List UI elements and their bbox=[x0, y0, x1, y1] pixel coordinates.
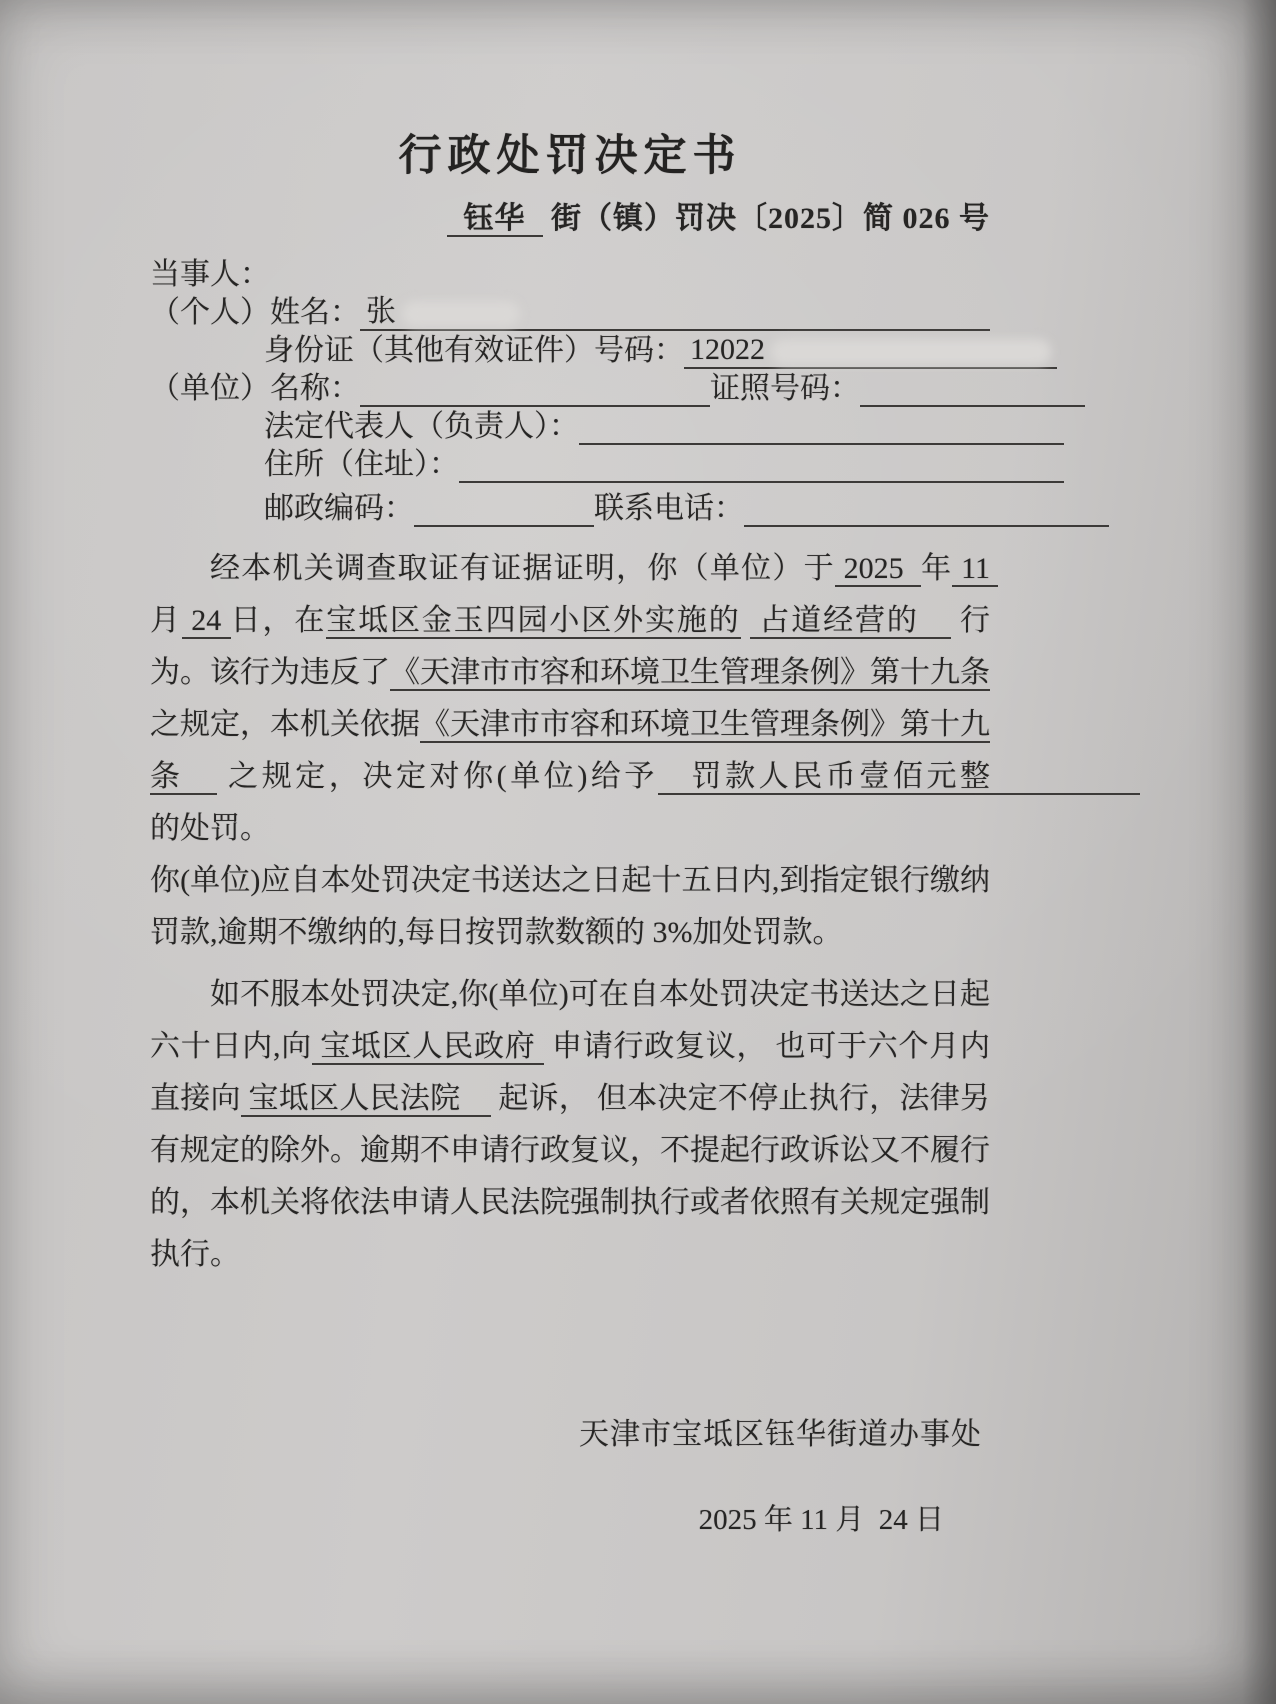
individual-name-value: 张 bbox=[366, 295, 396, 329]
scanned-document-photo: 行政处罚决定书 钰华 街（镇）罚决〔2025〕简 026 号 当事人： （个人）… bbox=[0, 0, 1276, 1704]
text-segment: 之规定，决定对你(单位)给予 bbox=[217, 760, 658, 793]
text-segment: 年 bbox=[921, 552, 952, 585]
issuing-authority: 天津市宝坻区钰华街道办事处 bbox=[150, 1409, 990, 1453]
text-segment: 月 bbox=[150, 604, 182, 637]
filled-blank: 《天津市市容和环境卫生管理条例》第十九条 bbox=[390, 656, 990, 691]
text-segment: 你(单位)应自本处罚决定书送达之日起十五日内,到指定银行缴纳罚款,逾期不缴纳的,… bbox=[150, 864, 990, 949]
body-text: 经本机关调查取证有证据证明，你（单位）于 2025 年 11 月 24 日，在宝… bbox=[150, 543, 990, 1281]
filled-blank: 罚款人民币壹佰元整 bbox=[658, 760, 1140, 795]
document-content: 行政处罚决定书 钰华 街（镇）罚决〔2025〕简 026 号 当事人： （个人）… bbox=[150, 122, 990, 1538]
text-segment bbox=[741, 604, 750, 637]
filled-blank: 宝坻区人民政府 bbox=[312, 1030, 544, 1065]
name-redaction-blur bbox=[402, 301, 520, 327]
body-paragraph: 你(单位)应自本处罚决定书送达之日起十五日内,到指定银行缴纳罚款,逾期不缴纳的,… bbox=[150, 855, 990, 959]
address-row: 住所（住址）： bbox=[150, 445, 1064, 483]
phone-label: 联系电话： bbox=[594, 483, 744, 527]
issue-date: 2025 年 11 月 24 日 bbox=[150, 1497, 990, 1538]
id-number-value: 12022 bbox=[690, 333, 765, 367]
text-segment: 日，在 bbox=[231, 604, 327, 637]
license-number-blank bbox=[860, 373, 1085, 407]
document-number-text: 街（镇）罚决〔2025〕简 026 号 bbox=[543, 202, 991, 235]
body-paragraph: 如不服本处罚决定,你(单位)可在自本处罚决定书送达之日起六十日内,向 宝坻区人民… bbox=[150, 969, 990, 1281]
text-segment: 经本机关调查取证有证据证明，你（单位）于 bbox=[210, 552, 835, 585]
party-section: 当事人： （个人）姓名： 张 身份证（其他有效证件）号码： 12022 （单位）… bbox=[150, 255, 990, 527]
filled-blank: 宝坻区人民法院 bbox=[241, 1082, 491, 1117]
filled-blank: 11 bbox=[952, 552, 997, 587]
filled-blank: 2025 bbox=[835, 552, 921, 587]
filled-blank: 24 bbox=[182, 604, 231, 639]
license-number-label: 证照号码： bbox=[710, 363, 860, 407]
phone-blank bbox=[744, 493, 1109, 527]
text-segment: 的处罚。 bbox=[150, 812, 270, 845]
postcode-phone-row: 邮政编码： 联系电话： bbox=[150, 483, 1109, 527]
filled-blank: 宝坻区金玉四园小区外实施的 bbox=[326, 604, 740, 639]
document-number-office-blank: 钰华 bbox=[447, 202, 543, 237]
postcode-label: 邮政编码： bbox=[264, 483, 414, 527]
filled-blank: 占道经营的 bbox=[750, 604, 951, 639]
document-title: 行政处罚决定书 bbox=[150, 122, 990, 183]
postcode-blank bbox=[414, 493, 594, 527]
body-paragraph: 经本机关调查取证有证据证明，你（单位）于 2025 年 11 月 24 日，在宝… bbox=[150, 543, 990, 855]
legal-rep-blank bbox=[579, 411, 1064, 445]
address-label: 住所（住址）： bbox=[264, 439, 459, 483]
text-segment: 之规定，本机关依据 bbox=[150, 708, 420, 741]
document-number-line: 钰华 街（镇）罚决〔2025〕简 026 号 bbox=[150, 197, 990, 241]
address-blank bbox=[459, 449, 1064, 483]
id-redaction-blur bbox=[771, 339, 1051, 365]
